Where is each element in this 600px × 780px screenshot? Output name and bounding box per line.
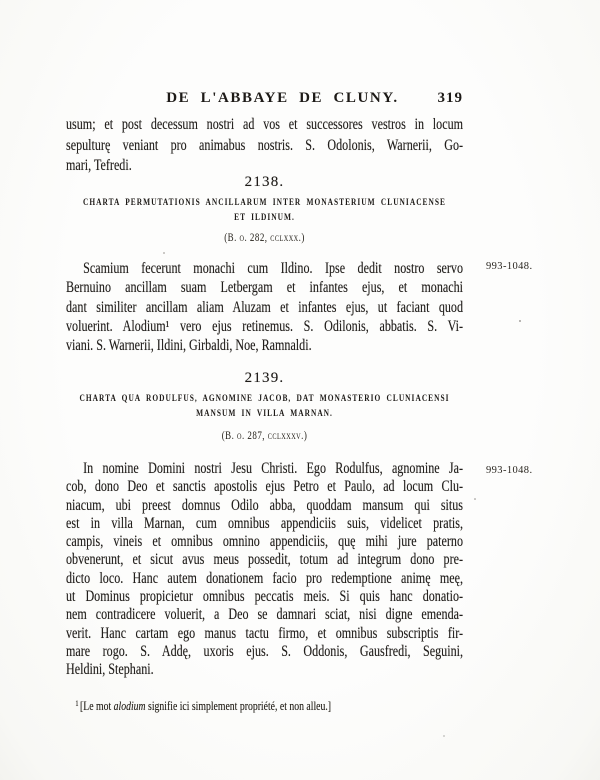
charter-title-line: CHARTA QUA RODULFUS, AGNOMINE JACOB, DAT… <box>66 392 463 407</box>
text-line: voluerint. Alodium¹ vero ejus retinemus.… <box>66 317 463 336</box>
text-line: In nomine Domini nostri Jesu Christi. Eg… <box>66 460 463 478</box>
footnote-text-prefix: [Le mot <box>80 699 114 713</box>
charter-number-2138: 2138. <box>66 174 463 191</box>
scan-speckle <box>163 252 165 254</box>
book-page: DE L'ABBAYE DE CLUNY. 319 usum; et post … <box>0 0 600 780</box>
text-line: est in villa Marnan, cum omnibus appendi… <box>66 515 463 533</box>
text-line: Heldini, Stephani. <box>66 661 463 679</box>
footnote-italic-word: alodium <box>114 699 146 713</box>
text-line: Bernuino ancillam suam Letbergam et infa… <box>66 278 463 297</box>
continuation-paragraph: usum; et post decessum nostri ad vos et … <box>66 115 463 177</box>
scan-speckle <box>443 735 445 737</box>
charter-title-2138: CHARTA PERMUTATIONIS ANCILLARUM INTER MO… <box>66 196 463 226</box>
text-line: Scamium fecerunt monachi cum Ildino. Ips… <box>66 259 463 278</box>
charter-body-2139: In nomine Domini nostri Jesu Christi. Eg… <box>66 460 463 680</box>
page-number: 319 <box>438 90 464 107</box>
charter-number-2139: 2139. <box>66 370 463 387</box>
margin-date-2139: 993-1048. <box>486 465 532 477</box>
charter-reference-2138: (B. o. 282, cclxxx.) <box>66 232 463 245</box>
text-line: mare rogo. S. Addę, uxoris ejus. S. Oddo… <box>66 643 463 661</box>
text-line: niacum, ubi preest domnus Odilo abba, qu… <box>66 497 463 515</box>
charter-title-line: CHARTA PERMUTATIONIS ANCILLARUM INTER MO… <box>66 196 463 211</box>
text-line: sepulturę veniant pro animabus nostris. … <box>66 136 463 157</box>
charter-reference-2139: (B. o. 287, cclxxxv.) <box>66 430 463 443</box>
text-line: usum; et post decessum nostri ad vos et … <box>66 115 463 136</box>
footnote: 1[Le mot alodium signifie ici simplement… <box>66 697 463 713</box>
charter-title-line: MANSUM IN VILLA MARNAN. <box>66 407 463 422</box>
text-line: cob, dono Deo et sanctis apostolis ejus … <box>66 478 463 496</box>
text-line: verit. Hanc cartam ego manus tactu firmo… <box>66 625 463 643</box>
charter-title-line: ET ILDINUM. <box>66 211 463 226</box>
charter-body-2138: Scamium fecerunt monachi cum Ildino. Ips… <box>66 259 463 355</box>
text-line: campis, vineis et omnibus omnino appendi… <box>66 533 463 551</box>
scan-speckle <box>519 320 521 322</box>
running-head: DE L'ABBAYE DE CLUNY. 319 <box>66 90 463 107</box>
text-line: nem contradicere voluerit, a Deo se damn… <box>66 606 463 624</box>
scan-speckle <box>474 498 476 500</box>
text-line: viani. S. Warnerii, Ildini, Girbaldi, No… <box>66 336 463 355</box>
text-line: obvenerunt, et sicut avus meus possedit,… <box>66 551 463 569</box>
text-line: ut Dominus propicietur omnibus peccatis … <box>66 588 463 606</box>
text-line: dant similiter ancillam aliam Aluzam et … <box>66 298 463 317</box>
charter-title-2139: CHARTA QUA RODULFUS, AGNOMINE JACOB, DAT… <box>66 392 463 422</box>
margin-date-2138: 993-1048. <box>486 261 532 273</box>
page-header-title: DE L'ABBAYE DE CLUNY. <box>66 90 463 107</box>
footnote-text-suffix: signifie ici simplement propriété, et no… <box>146 699 331 713</box>
text-line: dicto loco. Hanc autem donationem facio … <box>66 570 463 588</box>
